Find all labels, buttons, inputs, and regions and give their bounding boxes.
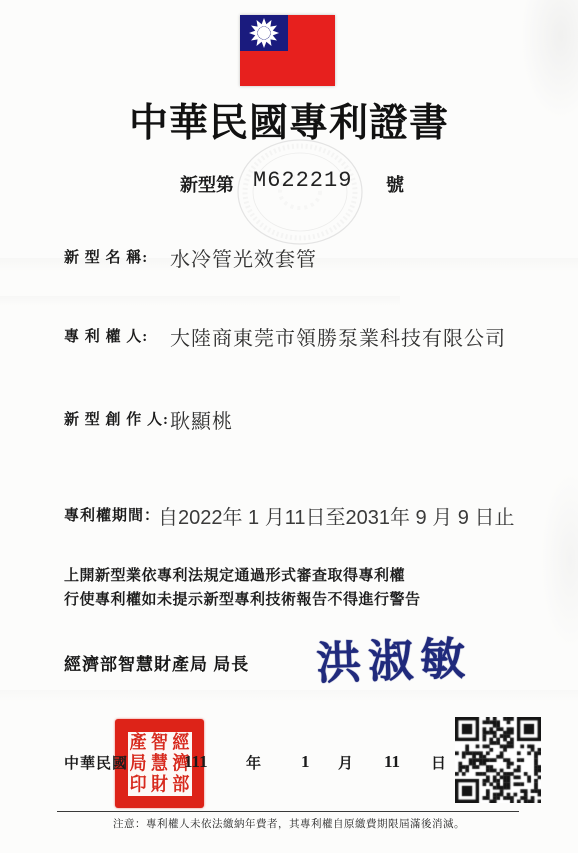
date-month-unit: 月 — [338, 752, 353, 773]
field-value: 水冷管光效套管 — [170, 243, 317, 272]
scan-artifact — [540, 470, 578, 650]
seal-character: 財 — [149, 773, 170, 796]
field-label: 專利權期間： — [64, 504, 160, 525]
scan-artifact — [0, 690, 578, 702]
seal-character: 智 — [149, 730, 170, 753]
patent-type-prefix: 新型第 — [180, 171, 234, 197]
field-label: 新 型 創 作 人: — [64, 408, 169, 429]
footer-divider — [57, 811, 519, 812]
roc-flag — [240, 15, 335, 86]
legal-notice: 上開新型業依專利法規定通過形式審查取得專利權 行使專利權如未提示新型專利技術報告… — [64, 564, 421, 612]
field-value: 大陸商東莞市領勝泵業科技有限公司 — [170, 322, 506, 351]
date-day-unit: 日 — [431, 752, 446, 773]
seal-character: 經 — [170, 730, 191, 753]
footnote: 注意：專利權人未依法繳納年費者，其專利權自原繳費期限屆滿後消滅。 — [0, 816, 578, 831]
patent-number-line: 新型第 M622219 號 — [0, 168, 578, 198]
date-year: 111 — [184, 752, 208, 772]
scan-artifact — [0, 296, 400, 306]
field-value: 耿顯桃 — [170, 405, 233, 434]
date-month: 1 — [301, 752, 310, 772]
seal-character: 部 — [170, 773, 191, 796]
flag-blue-canton — [240, 15, 288, 51]
date-year-unit: 年 — [246, 752, 261, 773]
field-label: 專 利 權 人: — [64, 325, 148, 346]
certificate-title: 中華民國專利證書 — [0, 92, 578, 148]
field-value: 自2022年 1 月11日至2031年 9 月 9 日止 — [158, 501, 514, 530]
patent-number-suffix: 號 — [386, 171, 404, 197]
date-day: 11 — [384, 752, 400, 772]
patent-number: M622219 — [253, 168, 352, 193]
legal-notice-line2: 行使專利權如未提示新型專利技術報告不得進行警告 — [64, 588, 421, 612]
seal-character: 產 — [128, 730, 149, 753]
seal-character: 印 — [128, 773, 149, 796]
director-general-signature: 洪淑敏 — [315, 621, 497, 692]
sun-icon — [240, 15, 288, 51]
field-label: 新 型 名 稱: — [64, 246, 148, 267]
date-era: 中華民國 — [64, 752, 128, 773]
patent-certificate-page: 中華民國專利證書 新型第 M622219 號 新 型 名 稱: 水冷管光效套管 … — [0, 0, 578, 853]
issuer-title: 經濟部智慧財產局 局長 — [64, 650, 249, 675]
legal-notice-line1: 上開新型業依專利法規定通過形式審查取得專利權 — [64, 564, 421, 588]
qr-code — [455, 717, 541, 803]
